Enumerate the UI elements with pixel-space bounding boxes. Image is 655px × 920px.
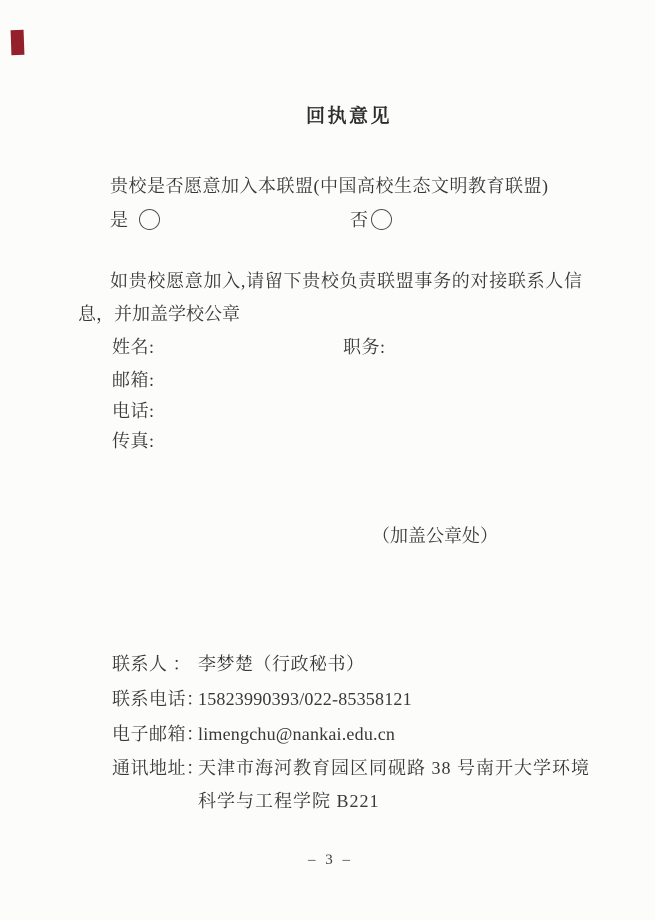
- contact-person-label: 联系人 ：: [112, 654, 191, 676]
- yes-option-circle-icon: [139, 209, 160, 230]
- document-title: 回执意见: [306, 106, 392, 129]
- seal-placeholder-note: （加盖公章处）: [372, 526, 498, 548]
- option-yes-label: 是: [110, 210, 129, 232]
- red-corner-mark: [11, 30, 25, 55]
- no-option-circle-icon: [371, 209, 392, 230]
- contact-person-value: 李梦楚（行政秘书）: [198, 654, 365, 676]
- field-label-fax: 传真:: [112, 431, 155, 453]
- contact-address-value-line1: 天津市海河教育园区同砚路 38 号南开大学环境: [198, 758, 590, 780]
- field-label-name: 姓名:: [112, 337, 155, 359]
- contact-address-value-line2: 科学与工程学院 B221: [198, 791, 380, 813]
- field-label-phone: 电话:: [112, 401, 155, 423]
- contact-address-label: 通讯地址：: [112, 758, 205, 780]
- instruction-line-2: 息，并加盖学校公章: [78, 304, 240, 326]
- option-no-label: 否: [350, 210, 369, 232]
- field-label-duty: 职务:: [343, 337, 386, 359]
- field-label-email: 邮箱:: [112, 370, 155, 392]
- contact-phone-value: 15823990393/022-85358121: [198, 689, 412, 711]
- membership-question: 贵校是否愿意加入本联盟(中国高校生态文明教育联盟): [110, 176, 549, 198]
- page-number: – 3 –: [0, 851, 655, 869]
- contact-phone-label: 联系电话：: [112, 689, 205, 711]
- scanned-document-page: 回执意见 贵校是否愿意加入本联盟(中国高校生态文明教育联盟) 是 否 如贵校愿意…: [0, 0, 655, 920]
- contact-email-label: 电子邮箱：: [112, 724, 205, 746]
- contact-email-value: limengchu@nankai.edu.cn: [198, 724, 395, 746]
- instruction-line-1: 如贵校愿意加入,请留下贵校负责联盟事务的对接联系人信: [110, 271, 583, 293]
